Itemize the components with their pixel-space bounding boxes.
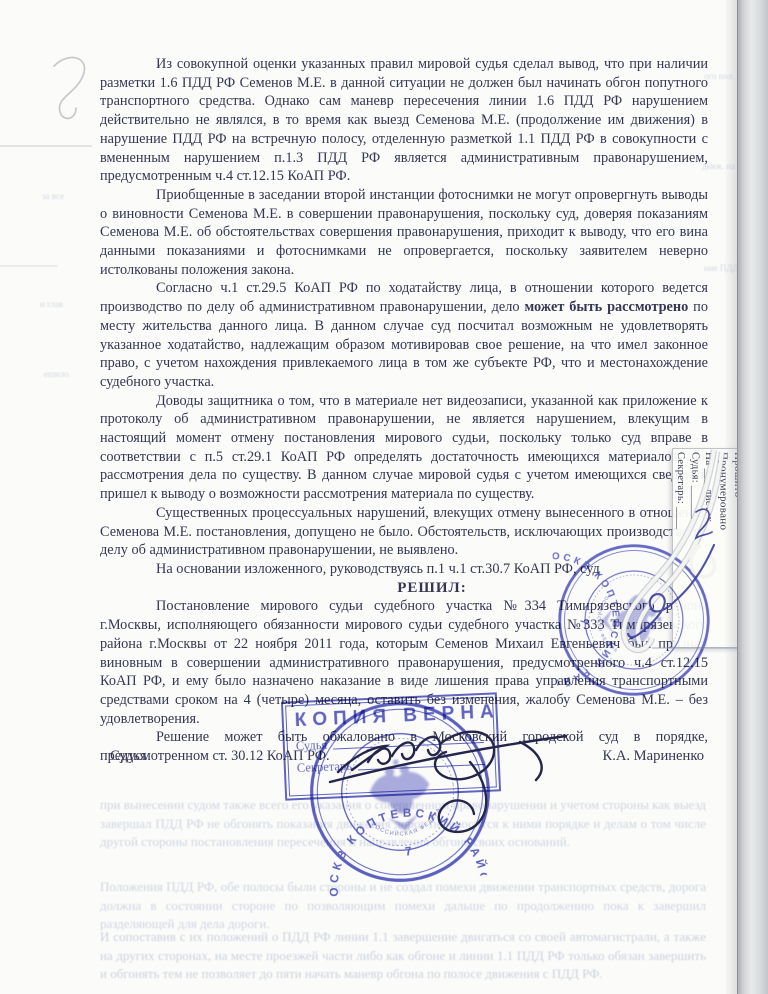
court-round-seal: КОПТЕВСКИЙ РАЙОННЫЙ СУД ★ ГОРОДА МОСКВЫ …: [294, 686, 506, 898]
bleedthrough-fragment: и глав: [40, 298, 92, 310]
paragraph: Приобщенные в заседании второй инстанции…: [100, 186, 708, 280]
bleedthrough-fragment: за все: [42, 190, 94, 202]
pencil-mark: [54, 57, 85, 118]
bleedthrough-text: И сопоставив с их положений о ПДД РФ лин…: [100, 928, 706, 984]
scan-background-edge: [737, 0, 768, 994]
bold-phrase: может быть рассмотрено: [524, 299, 688, 315]
judge-name: К.А. Мариненко: [602, 748, 704, 765]
seal-number: 7: [577, 619, 588, 625]
paragraph: Согласно ч.1 ст.29.5 КоАП РФ по ходатайс…: [100, 279, 708, 391]
paragraph: Из совокупной оценки указанных правил ми…: [100, 55, 708, 186]
seal-number: 7: [404, 844, 413, 859]
bleedthrough-fragment: ешило: [44, 368, 96, 380]
paragraph: Доводы защитника о том, что в материале …: [100, 392, 708, 504]
court-round-seal: КОПТЕВСКИЙ РАЙОННЫЙ СУД ★ ГОРОДА МОСКВЫ …: [552, 538, 715, 701]
page-edge-shadow: [724, 0, 738, 994]
scanned-court-decision-page: при вынесении судом также всего его указ…: [0, 0, 768, 994]
judge-label: Судья: [110, 748, 147, 765]
